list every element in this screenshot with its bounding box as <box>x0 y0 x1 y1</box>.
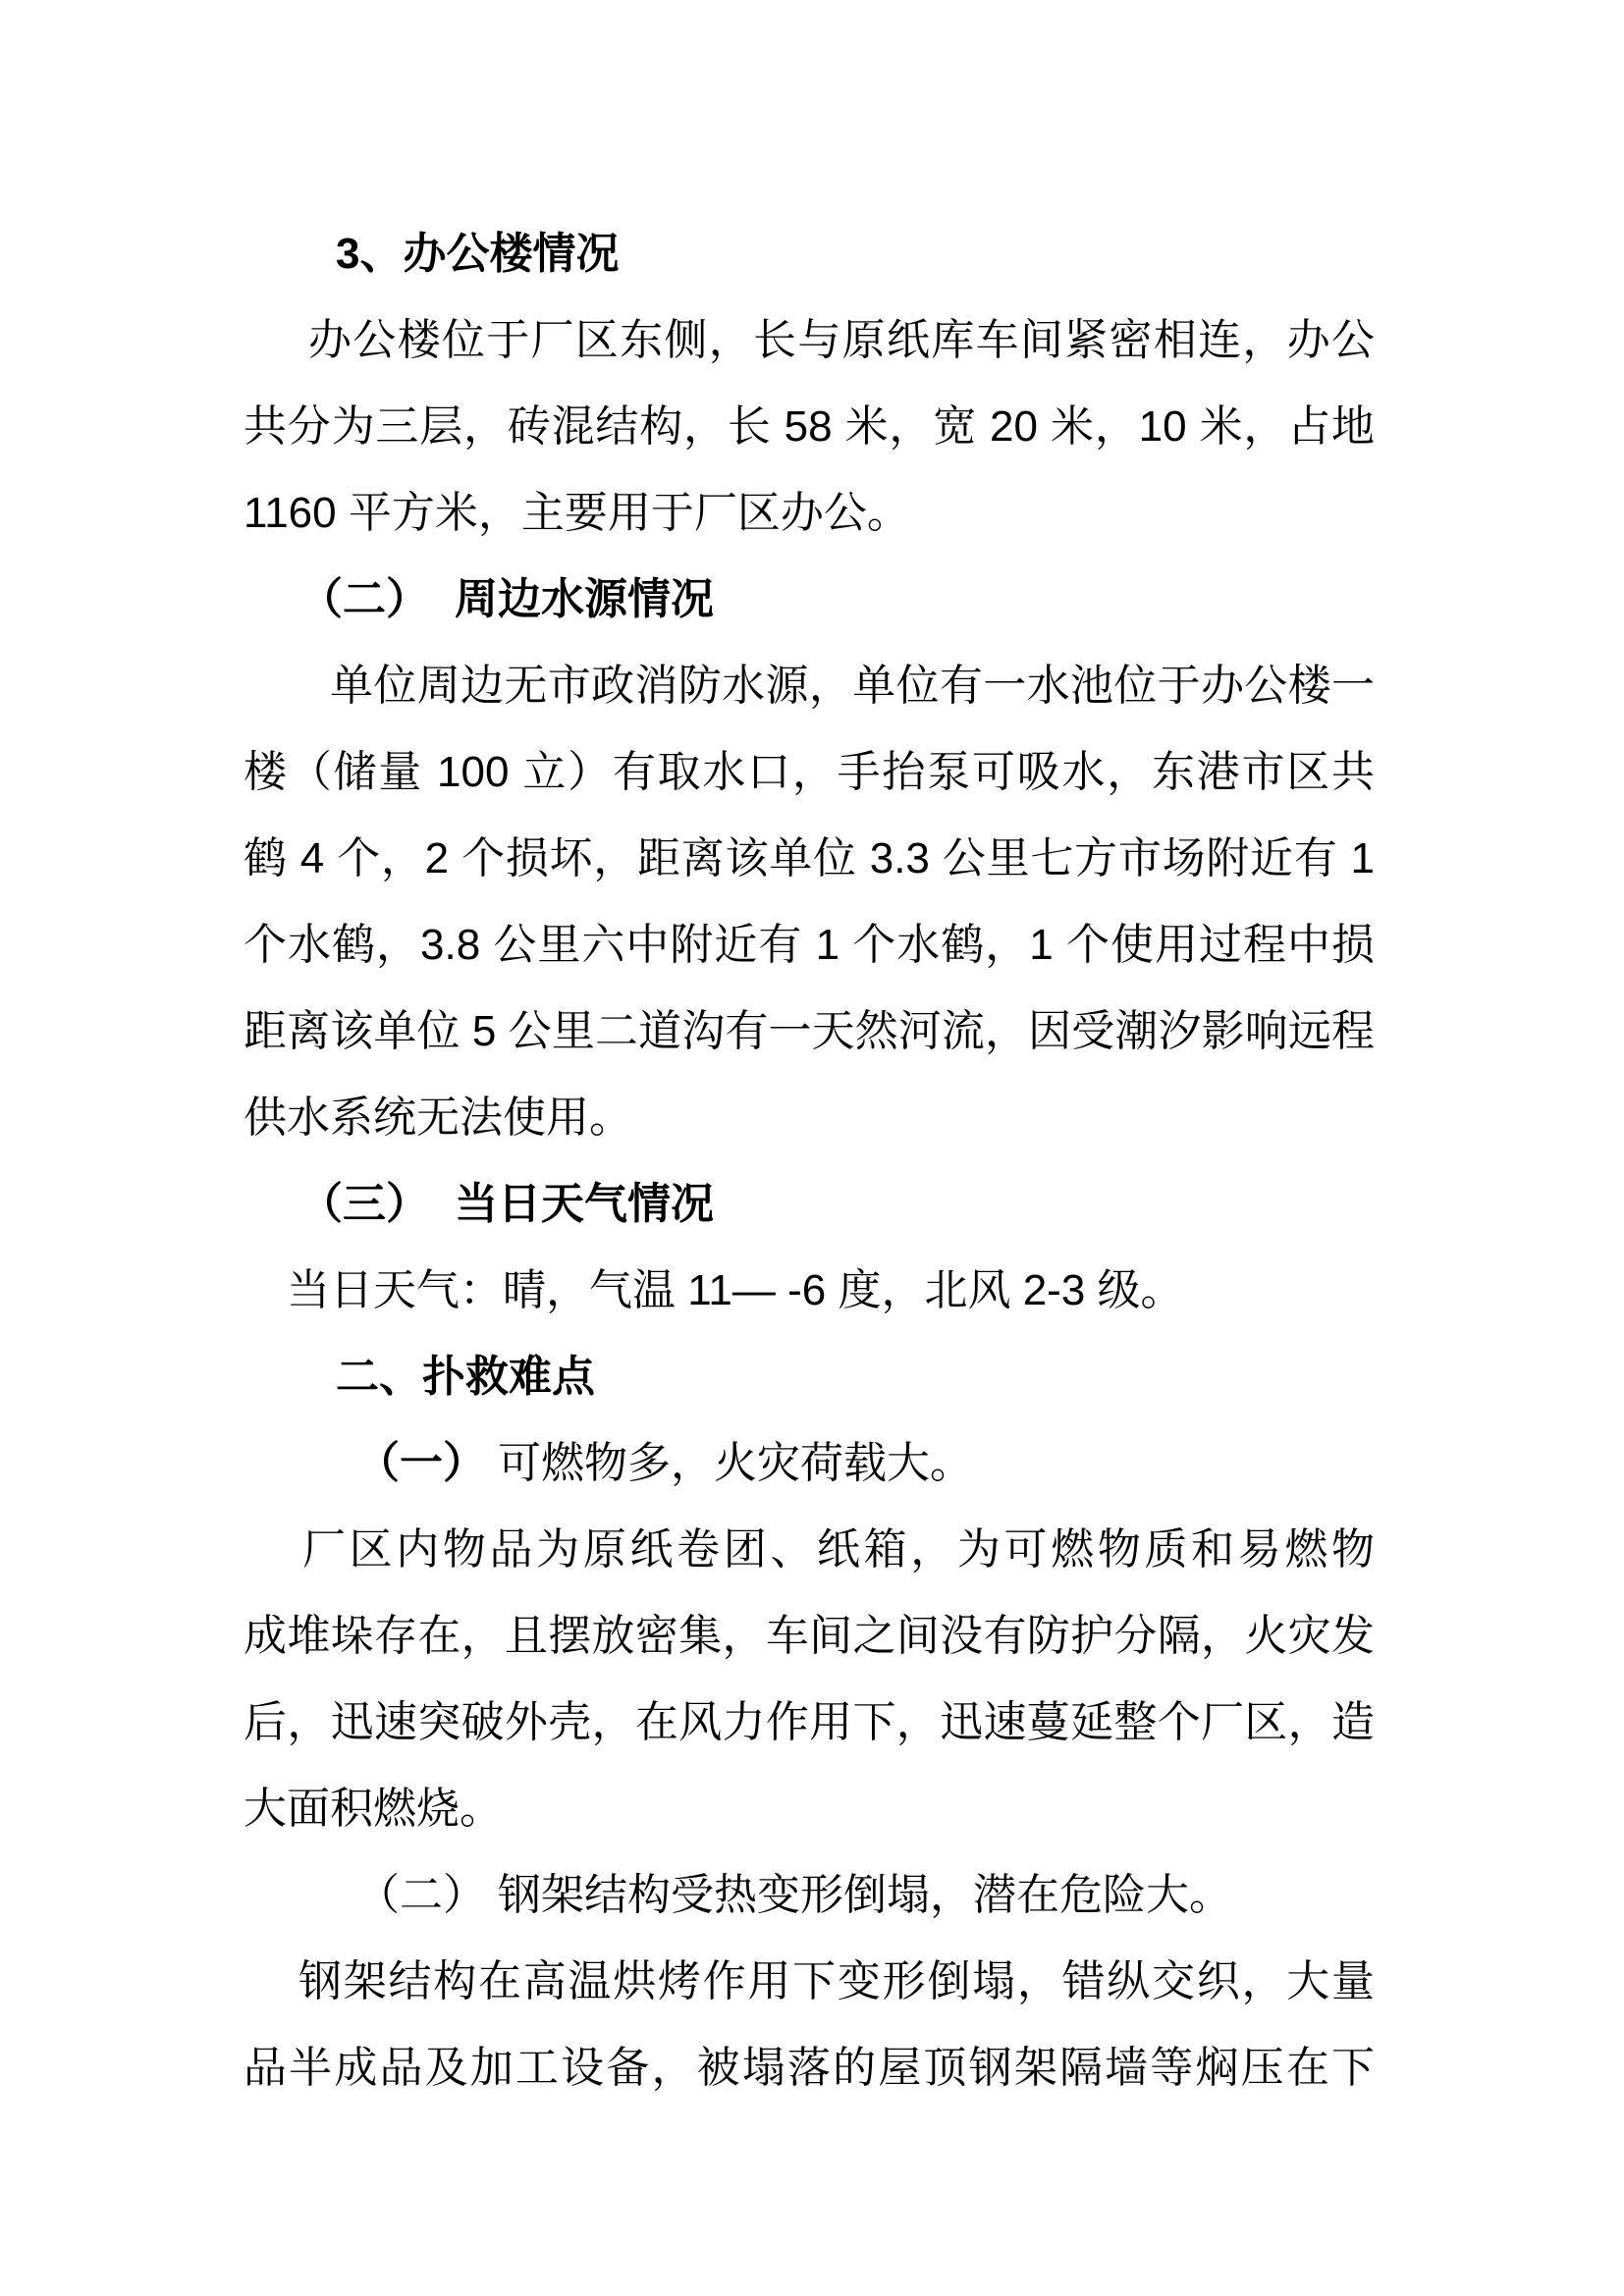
para-water-line-2: 楼（储量 100 立）有取水口，手抬泵可吸水，东港市区共有水 <box>244 729 1375 816</box>
difficulty-item-2: （二）钢架结构受热变形倒塌，潜在危险大。 <box>244 1852 1375 1939</box>
para-fuel-line-4: 大面积燃烧。 <box>244 1766 1375 1852</box>
para-office-line-2: 共分为三层，砖混结构，长 58 米，宽 20 米，10 米，占地面积 <box>244 384 1375 470</box>
heading-weather-number: （三） <box>299 1180 429 1228</box>
para-water-line-3: 鹤 4 个，2 个损坏，距离该单位 3.3 公里七方市场附近有 1 <box>244 816 1375 902</box>
difficulty-item-2-number: （二） <box>356 1871 486 1919</box>
heading-water-number: （二） <box>299 575 429 623</box>
para-steel-line-2: 品半成品及加工设备，被塌落的屋顶钢架隔墙等焖压在下面， <box>244 2025 1375 2111</box>
para-fuel-line-2: 成堆垛存在，且摆放密集，车间之间没有防护分隔，火灾发生 <box>244 1593 1375 1680</box>
difficulty-item-1-text: 可燃物多，火灾荷载大。 <box>498 1439 973 1487</box>
document-content: 3、办公楼情况 办公楼位于厂区东侧，长与原纸库车间紧密相连，办公楼 共分为三层，… <box>244 211 1375 2111</box>
para-office-line-3: 1160 平方米，主要用于厂区办公。 <box>244 470 1375 557</box>
document-page: 3、办公楼情况 办公楼位于厂区东侧，长与原纸库车间紧密相连，办公楼 共分为三层，… <box>0 0 1624 2296</box>
para-steel-line-1: 钢架结构在高温烘烤作用下变形倒塌，错纵交织，大量成 <box>244 1939 1375 2025</box>
para-fuel-line-1: 厂区内物品为原纸卷团、纸箱，为可燃物质和易燃物质， <box>244 1507 1375 1593</box>
difficulty-item-1-number: （一） <box>356 1439 486 1487</box>
heading-water-sources: （二）周边水源情况 <box>244 557 1375 643</box>
heading-water-title: 周边水源情况 <box>455 575 714 623</box>
para-water-line-4: 个水鹤，3.8 公里六中附近有 1 个水鹤，1 个使用过程中损坏， <box>244 902 1375 988</box>
para-water-line-5: 距离该单位 5 公里二道沟有一天然河流，因受潮汐影响远程 <box>244 988 1375 1075</box>
para-water-line-6: 供水系统无法使用。 <box>244 1075 1375 1161</box>
para-fuel-line-3: 后，迅速突破外壳，在风力作用下，迅速蔓延整个厂区，造成 <box>244 1680 1375 1766</box>
para-water-line-1: 单位周边无市政消防水源，单位有一水池位于办公楼一 <box>244 643 1375 729</box>
difficulty-item-1: （一）可燃物多，火灾荷载大。 <box>244 1420 1375 1507</box>
difficulty-item-2-text: 钢架结构受热变形倒塌，潜在危险大。 <box>498 1871 1232 1919</box>
heading-difficulty: 二、扑救难点 <box>244 1334 1375 1420</box>
para-office-line-1: 办公楼位于厂区东侧，长与原纸库车间紧密相连，办公楼 <box>244 297 1375 384</box>
heading-weather: （三）当日天气情况 <box>244 1161 1375 1248</box>
heading-office-building: 3、办公楼情况 <box>244 211 1375 297</box>
weather-line: 当日天气：晴，气温 11— -6 度，北风 2-3 级。 <box>244 1248 1375 1334</box>
heading-weather-title: 当日天气情况 <box>455 1180 714 1228</box>
